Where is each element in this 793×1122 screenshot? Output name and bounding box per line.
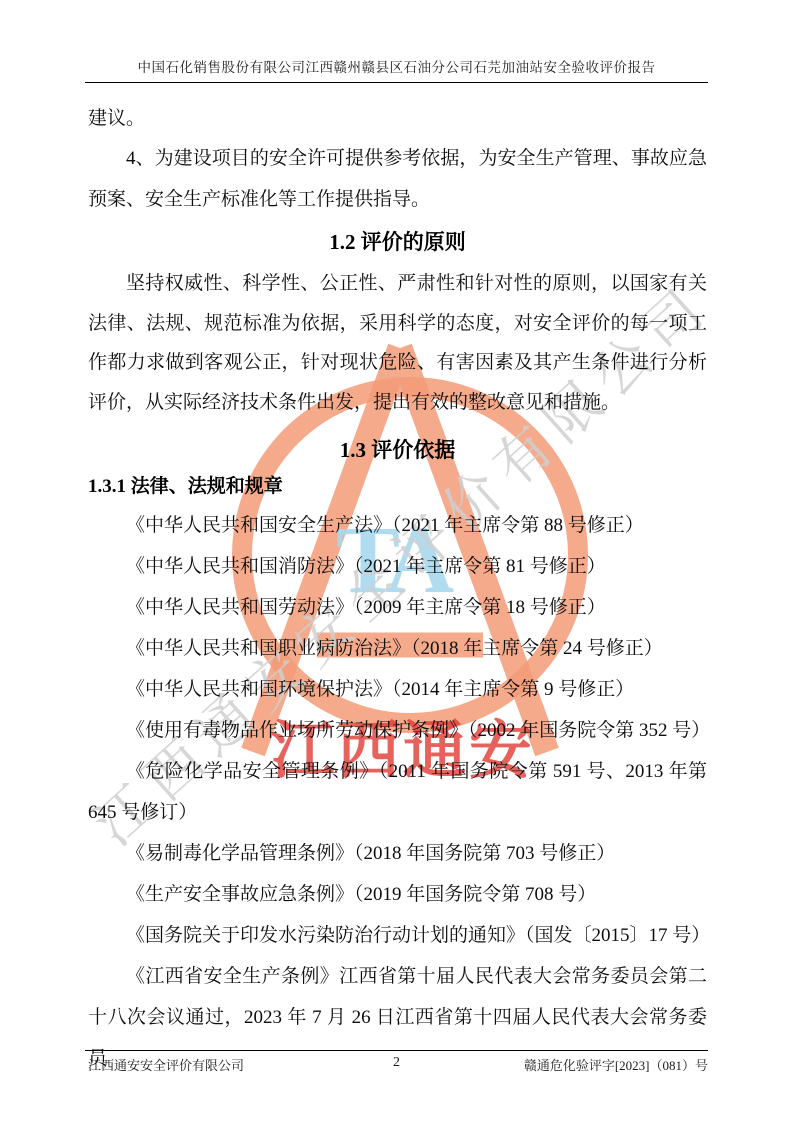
footer-doc-number: 赣通危化验评字[2023]（081）号 — [524, 1055, 708, 1074]
paragraph-item4: 4、为建设项目的安全许可提供参考依据，为安全生产管理、事故应急预案、安全生产标准… — [88, 138, 707, 220]
law-list: 《中华人民共和国安全生产法》（2021 年主席令第 88 号修正） 《中华人民共… — [88, 505, 707, 1079]
page-header-title: 中国石化销售股份有限公司江西赣州赣县区石油分公司石芫加油站安全验收评价报告 — [0, 56, 793, 76]
law-item: 《中华人民共和国劳动法》（2009 年主席令第 18 号修正） — [88, 587, 707, 628]
law-item: 《使用有毒物品作业场所劳动保护条例》（2002 年国务院令第 352 号） — [88, 710, 707, 751]
report-page: TA 江西通安安全评价有限公司 江西通安 中国石化销售股份有限公司江西赣州赣县区… — [0, 0, 793, 1122]
paragraph-principles: 坚持权威性、科学性、公正性、严肃性和针对性的原则，以国家有关法律、法规、规范标准… — [88, 264, 707, 422]
law-item: 《易制毒化学品管理条例》（2018 年国务院第 703 号修正） — [88, 833, 707, 874]
law-item: 《生产安全事故应急条例》（2019 年国务院令第 708 号） — [88, 874, 707, 915]
law-item: 《中华人民共和国环境保护法》（2014 年主席令第 9 号修正） — [88, 669, 707, 710]
law-item: 《中华人民共和国安全生产法》（2021 年主席令第 88 号修正） — [88, 505, 707, 546]
law-item: 《危险化学品安全管理条例》（2011 年国务院令第 591 号、2013 年第 … — [88, 751, 707, 833]
section-heading-1-3: 1.3 评价依据 — [88, 432, 707, 468]
law-item: 《国务院关于印发水污染防治行动计划的通知》（国发〔2015〕17 号） — [88, 915, 707, 956]
section-heading-1-2: 1.2 评价的原则 — [88, 224, 707, 260]
page-footer: 江西通安安全评价有限公司 2 赣通危化验评字[2023]（081）号 — [85, 1055, 708, 1075]
footer-divider — [85, 1050, 708, 1051]
header-divider — [85, 82, 708, 83]
law-item: 《中华人民共和国消防法》（2021 年主席令第 81 号修正） — [88, 546, 707, 587]
paragraph-continued: 建议。 — [88, 98, 707, 139]
law-item: 《中华人民共和国职业病防治法》（2018 年主席令第 24 号修正） — [88, 628, 707, 669]
subsection-heading-1-3-1: 1.3.1 法律、法规和规章 — [88, 467, 707, 507]
content-layer: 中国石化销售股份有限公司江西赣州赣县区石油分公司石芫加油站安全验收评价报告 建议… — [0, 0, 793, 1122]
